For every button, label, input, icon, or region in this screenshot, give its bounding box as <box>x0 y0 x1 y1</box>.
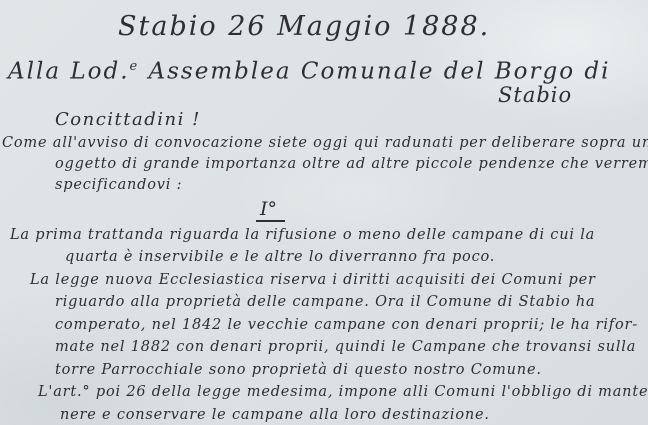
body-line: L'art.° poi 26 della legge medesima, imp… <box>38 381 648 404</box>
section-heading: I° <box>256 198 285 222</box>
intro-line: oggetto di grande importanza oltre ad al… <box>55 154 648 175</box>
body-line: quarta è inservibile e le altre lo diver… <box>65 246 648 269</box>
body-line: riguardo alla proprietà delle campane. O… <box>55 291 648 314</box>
manuscript-page: Stabio 26 Maggio 1888. Alla Lod.e Assemb… <box>0 0 648 425</box>
intro-line: specificandovi : <box>55 175 648 196</box>
intro-line: Come all'avviso di convocazione siete og… <box>2 133 648 154</box>
address-honorific: Alla Lod. <box>8 59 130 85</box>
body-line: comperato, nel 1842 le vecchie campane c… <box>55 314 648 337</box>
body-line: nere e conservare le campane alla loro d… <box>60 404 648 425</box>
address-body: Assemblea Comunale del Borgo di <box>139 59 610 85</box>
salutation: Concittadini ! <box>55 107 648 133</box>
address-line: Alla Lod.e Assemblea Comunale del Borgo … <box>8 52 648 87</box>
body-line: torre Parrocchiale sono proprietà di que… <box>55 359 648 382</box>
body-line: La prima trattanda riguarda la rifusione… <box>10 224 648 247</box>
dateline: Stabio 26 Maggio 1888. <box>118 8 648 46</box>
body-line: La legge nuova Ecclesiastica riserva i d… <box>30 269 648 292</box>
address-honorific-superscript: e <box>130 59 140 74</box>
body-line: mate nel 1882 con denari proprii, quindi… <box>55 336 648 359</box>
